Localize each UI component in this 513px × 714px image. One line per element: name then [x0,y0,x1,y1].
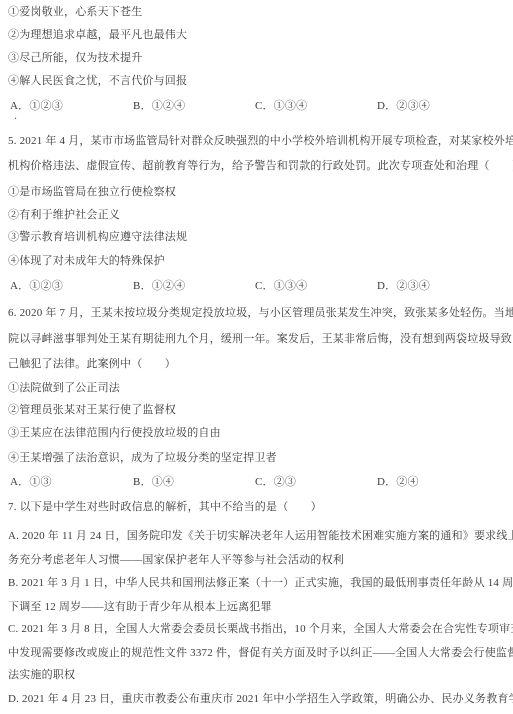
q5-option-3: ③警示教育培训机构应遵守法律法规 [8,230,187,244]
q7-option-c-line-3: 法实施的职权 [8,668,75,682]
q4-option-2: ②为理想追求卓越，最平凡也最伟大 [8,28,187,42]
q4-choice-d: D．②③④ [377,99,430,113]
q7-option-d-line-1: D. 2021 年 4 月 23 日，重庆市教委公布重庆市 2021 年中小学招… [8,692,513,706]
q4-option-1: ①爱岗敬业，心系天下苍生 [8,5,142,19]
q5-choice-c: C．①③④ [255,279,307,293]
q6-choice-a: A．①③ [10,475,52,489]
q6-option-4: ④王某增强了法治意识，成为了垃圾分类的坚定捍卫者 [8,451,277,465]
q7-option-c-line-1: C. 2021 年 3 月 8 日，全国人大常委会委员长栗战书指出，10 个月来… [8,622,513,636]
q6-choice-d: D．②④ [377,475,419,489]
q4-option-3: ③尽己所能，仅为技术提升 [8,51,142,65]
q7-option-a-line-2: 务充分考虑老年人习惯——国家保护老年人平等参与社会活动的权利 [8,553,344,567]
q5-option-1: ①是市场监管局在独立行使检察权 [8,185,176,199]
q5-choice-d: D．②③④ [377,279,430,293]
q4-option-4: ④解人民医食之忧，不言代价与回报 [8,74,187,88]
q5-choices-row: A．①②③ B．①②④ C．①③④ D．②③④ [8,279,507,295]
q5-stem-line-1: 5. 2021 年 4 月，某市市场监管局针对群众反映强烈的中小学校外培训机构开… [8,134,513,148]
q4-choice-c: C．①③④ [255,99,307,113]
q6-option-3: ③王某应在法律范围内行使投放垃圾的自由 [8,426,221,440]
q5-option-4: ④体现了对未成年大的特殊保护 [8,254,165,268]
q6-option-1: ①法院做到了公正司法 [8,381,120,395]
q5-choice-b: B．①②④ [133,279,185,293]
q7-option-a-line-1: A. 2020 年 11 月 24 日，国务院印发《关于切实解决老年人运用智能技… [8,529,513,543]
q6-choices-row: A．①③ B．①④ C．②③ D．②④ [8,475,507,491]
q5-stem-line-2: 机构价格违法、虚假宣传、超前教育等行为，给予警告和罚款的行政处罚。此次专项查处和… [8,159,513,173]
q7-option-b-line-1: B. 2021 年 3 月 1 日，中华人民共和国刑法修正案（十一）正式实施，我… [8,576,513,590]
q4-choices-row: A．①②③ B．①②④ C．①③④ D．②③④ [8,99,507,115]
q7-option-c-line-2: 中发现需要修改或废止的规范性文件 3372 件，督促有关方面及时予以纠正——全国… [8,646,513,660]
q7-stem-line-1: 7. 以下是中学生对些时政信息的解析，其中不给当的是（ ） [8,500,322,514]
q6-stem-line-3: 己触犯了法律。此案例中（ ） [8,357,176,371]
q5-choice-a: A．①②③ [10,279,63,293]
q5-option-2: ②有利于维护社会正义 [8,208,120,222]
q6-stem-line-1: 6. 2020 年 7 月，王某未按垃圾分类规定投放垃圾，与小区管理员张某发生冲… [8,306,513,320]
q6-choice-b: B．①④ [133,475,174,489]
q7-option-b-line-2: 下调至 12 周岁——这有助于青少年从根本上远离犯罪 [8,600,272,614]
stray-period-mark: ． [14,110,24,124]
q4-choice-b: B．①②④ [133,99,185,113]
q6-choice-c: C．②③ [255,475,296,489]
q6-stem-line-2: 院以寻衅滋事罪判处王某有期徒刑九个月，缓刑一年。案发后，王某非常后悔，没有想到两… [8,332,513,346]
exam-document-page: ①爱岗敬业，心系天下苍生 ②为理想追求卓越，最平凡也最伟大 ③尽己所能，仅为技术… [0,0,513,714]
q6-option-2: ②管理员张某对王某行使了监督权 [8,403,176,417]
